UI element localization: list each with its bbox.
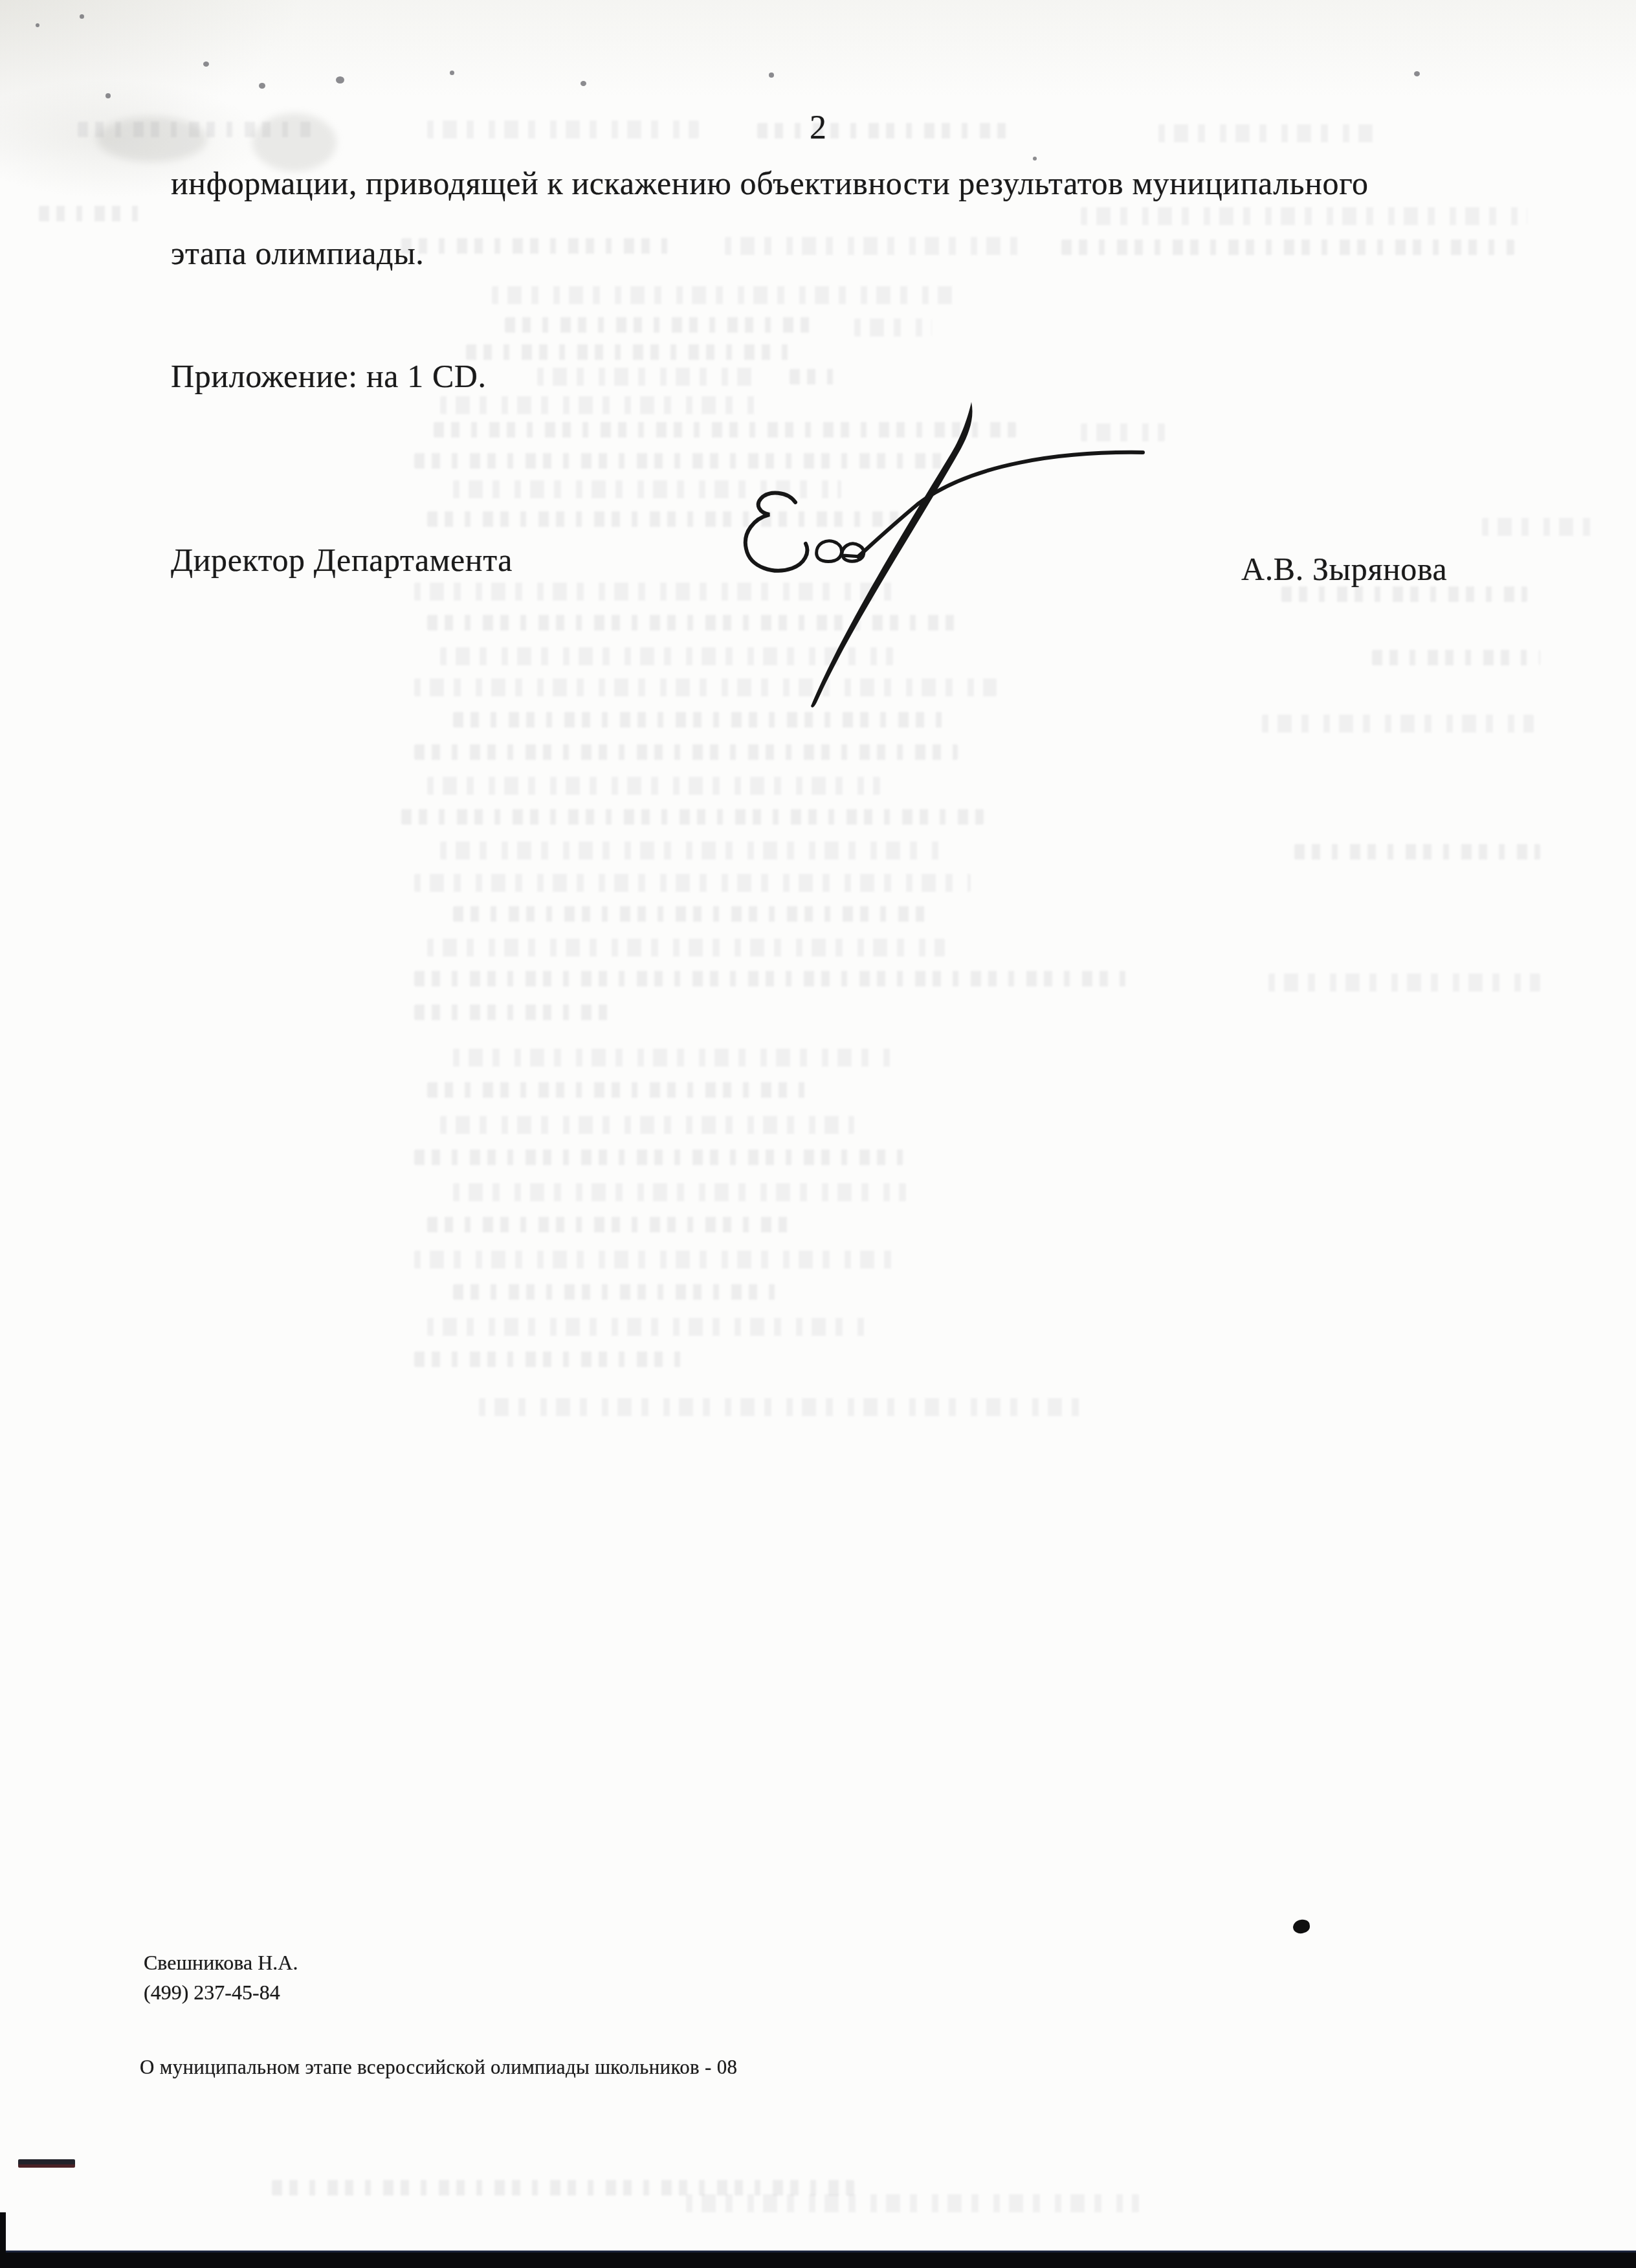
ink-dot-artifact [1292,1918,1311,1934]
speck-artifact [80,14,84,19]
speck-artifact [1033,157,1037,161]
bleedthrough-line [414,1351,686,1367]
bleedthrough-line [39,206,149,221]
speck-artifact [105,93,111,98]
signer-name: А.В. Зырянова [1241,550,1447,588]
page-number: 2 [0,109,1636,147]
bleedthrough-line [1482,518,1598,536]
bleedthrough-line [440,647,893,665]
paragraph-line-1: информации, приводящей к искажению объек… [171,164,1369,202]
bleedthrough-line [414,971,1126,986]
bleedthrough-line [466,344,790,360]
bleedthrough-line [1372,650,1540,665]
bleedthrough-line [414,874,971,892]
bleedthrough-line [453,1284,777,1300]
bleedthrough-line [414,678,997,696]
bleedthrough-line [414,453,945,469]
contact-name: Свешникова Н.А. [144,1951,298,1975]
bleedthrough-line [1061,239,1514,255]
bleedthrough-line [453,480,841,498]
bleedthrough-line [453,712,945,728]
bleedthrough-line [453,1183,906,1201]
bleedthrough-line [414,583,906,601]
bleedthrough-line [414,1251,906,1269]
bleedthrough-line [401,238,673,254]
footer-reference: О муниципальном этапе всероссийской олим… [140,2056,737,2079]
bleedthrough-line [479,1398,1087,1416]
smudge-artifact [97,117,207,162]
bleedthrough-line [414,744,958,760]
bleedthrough-line [854,318,932,337]
bleedthrough-line [1081,207,1527,225]
speck-artifact [36,23,39,27]
bleedthrough-line [414,1005,608,1020]
speck-artifact [203,61,209,67]
bleedthrough-line [725,237,1029,255]
bleedthrough-line [453,1049,893,1067]
bleedthrough-line [440,1116,854,1134]
speck-artifact [580,81,586,86]
bleedthrough-line [1081,423,1165,441]
bleedthrough-line [1281,586,1527,602]
bleedthrough-line [686,2194,1139,2212]
bleedthrough-line [440,841,945,860]
bleedthrough-line [427,1318,867,1336]
speck-artifact [336,76,344,83]
signer-title: Директор Департамента [171,541,513,579]
bleedthrough-line [492,286,958,304]
speck-artifact [769,72,774,78]
speck-artifact [1414,71,1420,76]
bleedthrough-line [427,1082,815,1098]
handwritten-signature-icon [0,0,1636,2268]
bleedthrough-line [453,906,932,922]
contact-phone: (499) 237-45-84 [144,1981,280,2005]
bleedthrough-line [440,396,757,414]
scanner-edge-bottom [0,2251,1636,2268]
bleedthrough-line [272,2180,854,2196]
bleedthrough-line [1262,715,1534,733]
bleedthrough-line [427,615,964,630]
paragraph-line-2: этапа олимпиады. [171,234,424,272]
smudge-artifact [252,113,337,172]
bleedthrough-line [1268,973,1540,992]
bleedthrough-line [427,511,906,527]
bleedthrough-line [401,809,984,825]
bleedthrough-line [434,422,1016,438]
bleedthrough-line [427,939,945,957]
bleedthrough-line [790,369,841,384]
bleedthrough-line [427,1217,790,1232]
scanned-letter-page: 2 информации, приводящей к искажению объ… [0,0,1636,2268]
bleedthrough-line [1294,844,1540,860]
attachment-line: Приложение: на 1 CD. [171,357,487,395]
speck-artifact [450,71,454,75]
corner-dash-artifact [18,2159,75,2168]
bleedthrough-line [505,317,815,333]
bleedthrough-line [414,1150,906,1165]
scanner-edge-left [0,2212,6,2268]
bleedthrough-line [537,368,757,386]
bleedthrough-line [427,777,880,795]
speck-artifact [259,83,265,89]
